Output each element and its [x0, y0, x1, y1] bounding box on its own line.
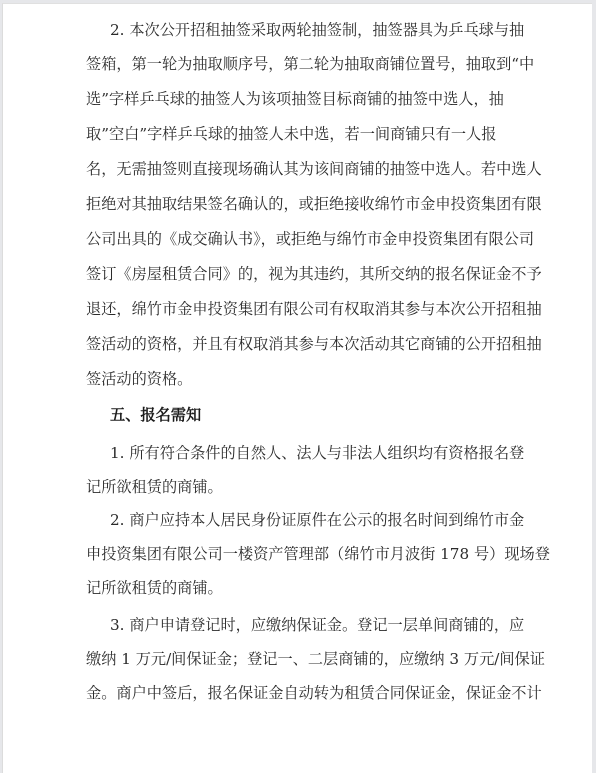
document-page: 2. 本次公开招租抽签采取两轮抽签制，抽签器具为乒乓球与抽 签箱，第一轮为抽取顺… — [2, 3, 592, 773]
paragraph-line: 缴纳 1 万元/间保证金；登记一、二层商铺的，应缴纳 3 万元/间保证 — [86, 649, 447, 669]
paragraph-line: 签活动的资格。 — [86, 369, 447, 389]
paragraph-line: 名，无需抽签则直接现场确认其为该间商铺的抽签中选人。若中选人 — [86, 159, 447, 179]
paragraph-line: 2. 商户应持本人居民身份证原件在公示的报名时间到绵竹市金 — [110, 510, 447, 530]
paragraph-line: 金。商户中签后，报名保证金自动转为租赁合同保证金，保证金不计 — [86, 683, 447, 703]
paragraph-line: 记所欲租赁的商铺。 — [86, 578, 447, 598]
section-heading: 五、报名需知 — [110, 405, 201, 425]
paragraph-line: 1. 所有符合条件的自然人、法人与非法人组织均有资格报名登 — [110, 443, 447, 463]
paragraph-line: 签活动的资格，并且有权取消其参与本次活动其它商铺的公开招租抽 — [86, 334, 447, 354]
paragraph-line: 取”空白”字样乒乓球的抽签人未中选，若一间商铺只有一人报 — [86, 124, 447, 144]
paragraph-line: 公司出具的《成交确认书》，或拒绝与绵竹市金申投资集团有限公司 — [86, 229, 447, 249]
paragraph-line: 选”字样乒乓球的抽签人为该项抽签目标商铺的抽签中选人，抽 — [86, 89, 447, 109]
paragraph-line: 退还，绵竹市金申投资集团有限公司有权取消其参与本次公开招租抽 — [86, 299, 447, 319]
paragraph-line: 申投资集团有限公司一楼资产管理部（绵竹市月波街 178 号）现场登 — [86, 544, 447, 564]
paragraph-line: 签订《房屋租赁合同》的，视为其违约，其所交纳的报名保证金不予 — [86, 264, 447, 284]
paragraph-line: 记所欲租赁的商铺。 — [86, 477, 447, 497]
paragraph-line: 3. 商户申请登记时，应缴纳保证金。登记一层单间商铺的，应 — [110, 615, 447, 635]
paragraph-line: 2. 本次公开招租抽签采取两轮抽签制，抽签器具为乒乓球与抽 — [110, 20, 447, 40]
paragraph-line: 拒绝对其抽取结果签名确认的，或拒绝接收绵竹市金申投资集团有限 — [86, 194, 447, 214]
paragraph-line: 签箱，第一轮为抽取顺序号，第二轮为抽取商铺位置号，抽取到“中 — [86, 54, 447, 74]
